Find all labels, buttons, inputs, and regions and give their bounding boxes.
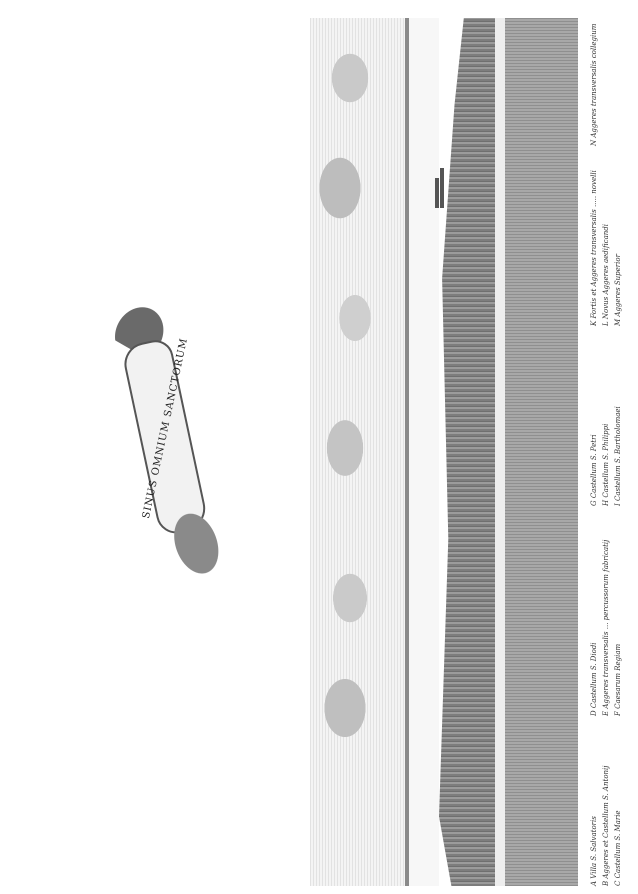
legend-item: N Aggeres transversalis collegium (588, 24, 600, 146)
legend-item: E Aggeres transversalis ... percussorum … (600, 540, 612, 716)
legend-key: A Villa S. Salvatoris B Aggeres et Caste… (588, 16, 636, 886)
legend-item: I Castellum S. Bartholomaei (612, 406, 624, 506)
church-spire (435, 178, 439, 208)
legend-item: L Novus Aggeres aedificandi (600, 170, 612, 326)
legend-column-1: A Villa S. Salvatoris B Aggeres et Caste… (588, 766, 624, 886)
legend-item: H Castellum S. Philippi (600, 406, 612, 506)
legend-column-5: N Aggeres transversalis collegium (588, 24, 600, 146)
legend-item: A Villa S. Salvatoris (588, 766, 600, 886)
legend-item: K Fortis et Aggeres transversalis ..... … (588, 170, 600, 326)
bay-water (505, 18, 578, 886)
legend-column-4: K Fortis et Aggeres transversalis ..... … (588, 170, 624, 326)
legend-item: G Castellum S. Petri (588, 406, 600, 506)
legend-item: M Aggeres Superior (612, 170, 624, 326)
legend-item: F Caesarum Regiam (612, 540, 624, 716)
cloudy-sky (310, 18, 405, 886)
legend-column-2: D Castellum S. Diodi E Aggeres transvers… (588, 540, 624, 716)
legend-item: D Castellum S. Diodi (588, 540, 600, 716)
distant-shore (409, 18, 439, 886)
legend-item: C Castellum S. Marie (612, 766, 624, 886)
legend-item: B Aggeres et Castellum S. Antonij (600, 766, 612, 886)
engraving-view (310, 18, 578, 886)
banner-tail-bottom (161, 497, 248, 602)
church-spire (440, 168, 444, 208)
hillside-town (439, 18, 501, 886)
legend-column-3: G Castellum S. Petri H Castellum S. Phil… (588, 406, 624, 506)
